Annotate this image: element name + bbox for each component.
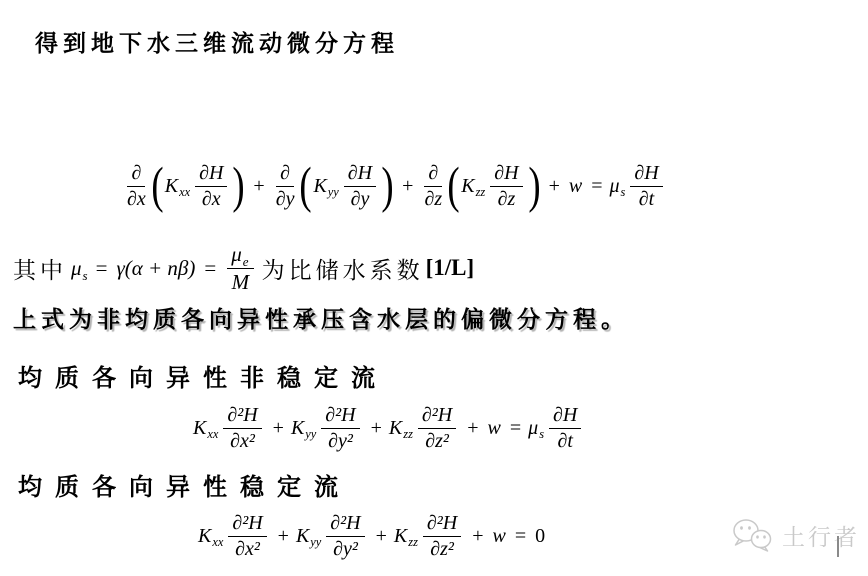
math-token-frac: ∂∂x bbox=[127, 162, 146, 211]
math-token-paren: ) bbox=[381, 162, 393, 210]
math-token-frac: ∂H∂t bbox=[549, 404, 581, 453]
mu-definition-line: 其中 μs=γ(α + nβ)=μeM 为比储水系数 [1/L] bbox=[13, 239, 474, 297]
math-token-frac: ∂∂z bbox=[424, 162, 442, 211]
math-token-op: = bbox=[96, 256, 108, 280]
math-token-op: = bbox=[515, 525, 526, 548]
math-token-paren: ( bbox=[300, 162, 312, 210]
mu-definition-suffix: 为比储水系数 bbox=[262, 252, 424, 285]
math-token-paren: ) bbox=[528, 162, 540, 210]
math-token-sub: Kxx bbox=[165, 175, 191, 198]
unsteady-flow-heading: 均质各向异性非稳定流 bbox=[18, 358, 388, 393]
math-token-frac: μeM bbox=[227, 242, 253, 293]
math-token-frac: ∂²H∂y² bbox=[326, 512, 364, 561]
page-title: 得到地下水三维流动微分方程 bbox=[35, 25, 399, 58]
math-token-op: + bbox=[472, 525, 483, 548]
watermark-label: 土行者 bbox=[782, 519, 860, 552]
math-token-frac: ∂H∂x bbox=[195, 162, 227, 211]
math-token-frac: ∂²H∂z² bbox=[418, 404, 456, 453]
math-token-op: + bbox=[278, 525, 289, 548]
math-token-var: w bbox=[569, 175, 582, 198]
math-token-paren: ( bbox=[448, 162, 460, 210]
math-token-var: w bbox=[493, 525, 506, 548]
text-cursor-mark bbox=[837, 536, 839, 557]
wechat-logo-icon bbox=[731, 518, 775, 552]
math-token-sub: μs bbox=[609, 175, 626, 198]
equation-unsteady-flow: Kxx∂²H∂x²+Kyy∂²H∂y²+Kzz∂²H∂z²+w=μs∂H∂t bbox=[193, 398, 585, 458]
math-token-op: + bbox=[273, 417, 284, 440]
math-token-frac: ∂H∂t bbox=[630, 162, 662, 211]
pde-note-line: 上式为非均质各向异性承压含水层的偏微分方程。 bbox=[13, 301, 629, 334]
math-token-op: + bbox=[549, 175, 560, 198]
math-token-frac: ∂H∂z bbox=[490, 162, 522, 211]
math-token-paren: ( bbox=[151, 162, 163, 210]
math-token-var: w bbox=[488, 417, 501, 440]
math-token-frac: ∂²H∂y² bbox=[321, 404, 359, 453]
math-token-op: + bbox=[376, 525, 387, 548]
equation-mu-definition: μs=γ(α + nβ)=μeM bbox=[71, 242, 258, 293]
math-token-paren: ) bbox=[233, 162, 245, 210]
math-token-sub: Kyy bbox=[296, 525, 322, 548]
math-token-sub: Kxx bbox=[193, 417, 219, 440]
slide-canvas: 得到地下水三维流动微分方程 ∂∂x(Kxx∂H∂x)+∂∂y(Kyy∂H∂y)+… bbox=[0, 0, 868, 576]
math-token-frac: ∂H∂y bbox=[344, 162, 376, 211]
math-token-frac: ∂²H∂x² bbox=[223, 404, 261, 453]
equation-steady-flow: Kxx∂²H∂x²+Kyy∂²H∂y²+Kzz∂²H∂z²+w=0 bbox=[198, 506, 547, 566]
math-token-frac: ∂²H∂x² bbox=[228, 512, 266, 561]
math-token-op: = bbox=[591, 175, 602, 198]
math-token-var: γ(α + nβ) bbox=[116, 256, 195, 280]
math-token-sub: Kxx bbox=[198, 525, 224, 548]
equation-3d-flow: ∂∂x(Kxx∂H∂x)+∂∂y(Kyy∂H∂y)+∂∂z(Kzz∂H∂z)+w… bbox=[123, 152, 667, 220]
math-token-frac: ∂²H∂z² bbox=[423, 512, 461, 561]
math-token-op: + bbox=[253, 175, 264, 198]
math-token-op: + bbox=[402, 175, 413, 198]
math-token-op: = bbox=[204, 256, 216, 280]
math-token-frac: ∂∂y bbox=[276, 162, 295, 211]
math-token-sub: Kzz bbox=[394, 525, 419, 548]
math-token-sub: Kyy bbox=[291, 417, 317, 440]
mu-definition-prefix: 其中 bbox=[13, 252, 67, 285]
math-token-sub: μs bbox=[528, 417, 545, 440]
math-token-sub: Kzz bbox=[461, 175, 486, 198]
math-token-sub: μs bbox=[71, 256, 89, 280]
mu-unit-label: [1/L] bbox=[426, 255, 475, 281]
math-token-num: 0 bbox=[535, 525, 545, 548]
math-token-sub: Kyy bbox=[313, 175, 339, 198]
math-token-sub: Kzz bbox=[389, 417, 414, 440]
math-token-op: + bbox=[467, 417, 478, 440]
watermark: 土行者 bbox=[731, 518, 860, 552]
steady-flow-heading: 均质各向异性稳定流 bbox=[18, 467, 351, 502]
math-token-op: = bbox=[510, 417, 521, 440]
math-token-op: + bbox=[371, 417, 382, 440]
